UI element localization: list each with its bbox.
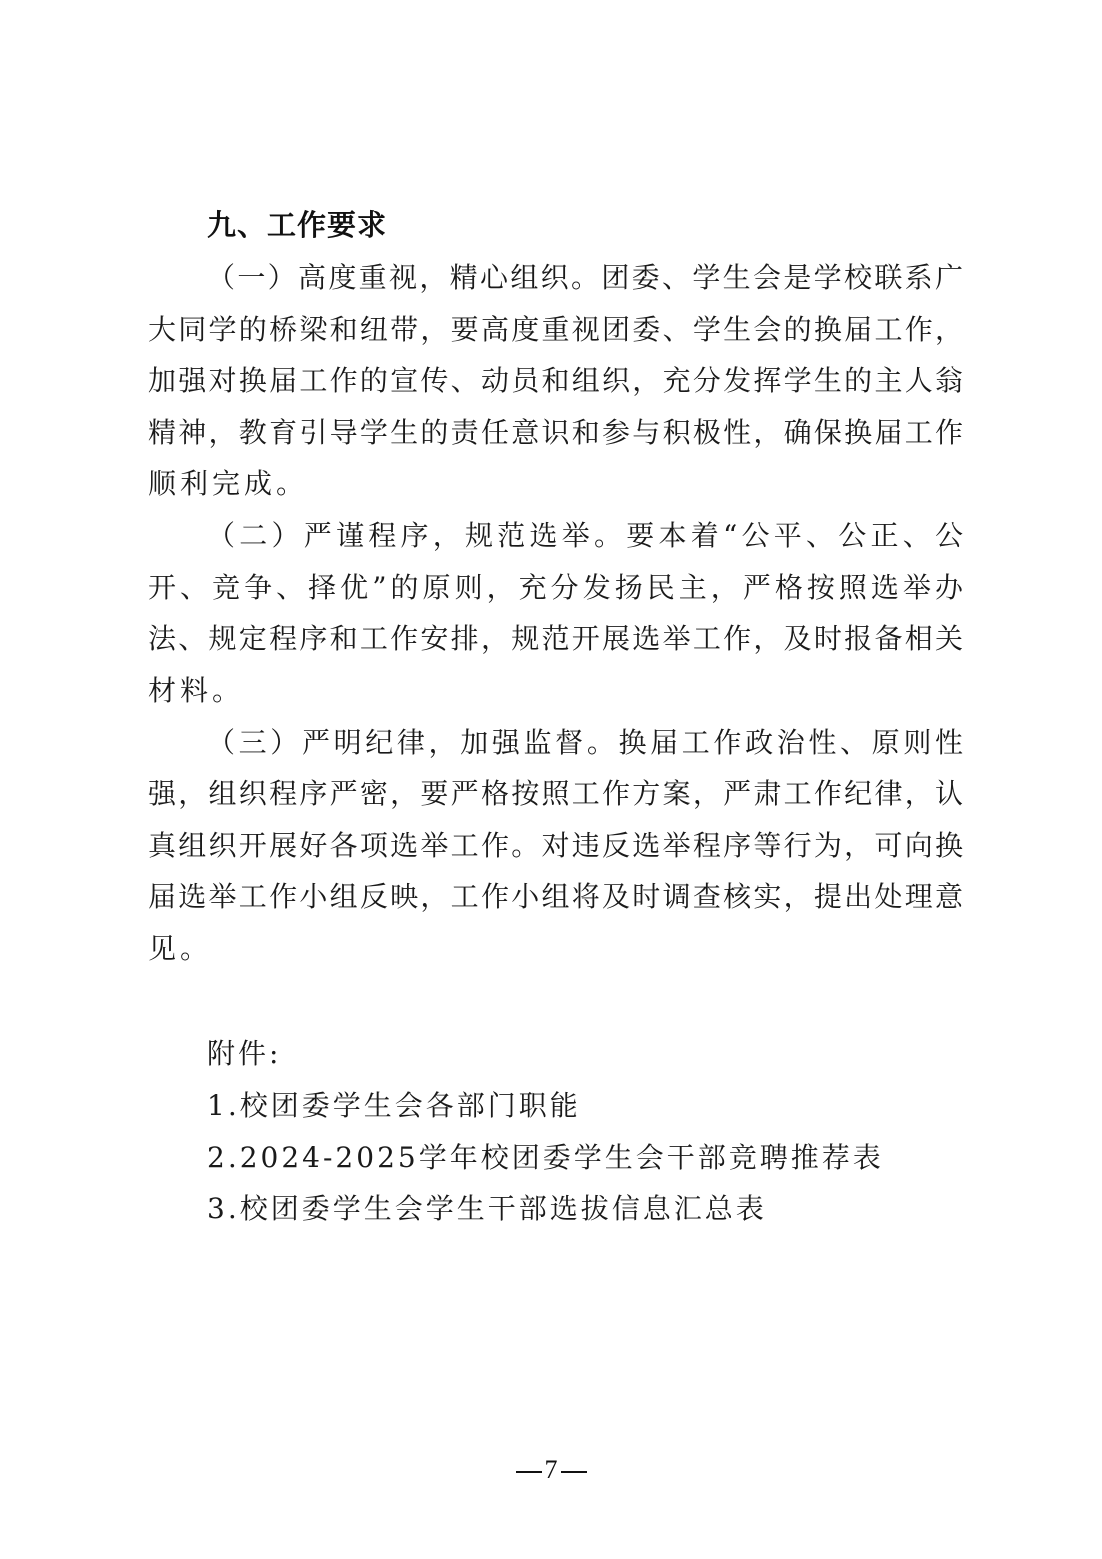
- paragraph-1-line-3: 加强对换届工作的宣传、动员和组织，充分发挥学生的主人翁: [148, 361, 963, 401]
- attachment-item-2: 2.2024-2025学年校团委学生会干部竞聘推荐表: [207, 1138, 884, 1178]
- attachments-label: 附件:: [207, 1034, 281, 1074]
- page-number: 7: [0, 1455, 1102, 1485]
- paragraph-2-line-3: 法、规定程序和工作安排，规范开展选举工作，及时报备相关: [148, 619, 963, 659]
- attachment-item-3: 3.校团委学生会学生干部选拔信息汇总表: [207, 1189, 767, 1229]
- paragraph-2-line-1: （二）严谨程序，规范选举。要本着“公平、公正、公: [207, 516, 963, 556]
- paragraph-3-line-2: 强，组织程序严密，要严格按照工作方案，严肃工作纪律，认: [148, 774, 963, 814]
- paragraph-3-line-1: （三）严明纪律，加强监督。换届工作政治性、原则性: [207, 723, 963, 763]
- paragraph-3-line-3: 真组织开展好各项选举工作。对违反选举程序等行为，可向换: [148, 826, 963, 866]
- section-heading: 九、工作要求: [207, 205, 387, 245]
- paragraph-1-line-4: 精神，教育引导学生的责任意识和参与积极性，确保换届工作: [148, 413, 963, 453]
- paragraph-3-line-5: 见。: [148, 929, 963, 969]
- paragraph-3-line-4: 届选举工作小组反映，工作小组将及时调查核实，提出处理意: [148, 877, 963, 917]
- page-number-dash-right: [561, 1471, 587, 1473]
- paragraph-2-line-4: 材料。: [148, 671, 963, 711]
- document-page: 九、工作要求 （一）高度重视，精心组织。团委、学生会是学校联系广 大同学的桥梁和…: [0, 0, 1102, 1559]
- attachment-item-1: 1.校团委学生会各部门职能: [207, 1086, 581, 1126]
- page-number-value: 7: [545, 1455, 558, 1484]
- page-number-dash-left: [516, 1471, 542, 1473]
- paragraph-1-line-2: 大同学的桥梁和纽带，要高度重视团委、学生会的换届工作，: [148, 310, 963, 350]
- paragraph-1-line-5: 顺利完成。: [148, 464, 963, 504]
- paragraph-1-line-1: （一）高度重视，精心组织。团委、学生会是学校联系广: [207, 258, 963, 298]
- paragraph-2-line-2: 开、竞争、择优”的原则，充分发扬民主，严格按照选举办: [148, 568, 963, 608]
